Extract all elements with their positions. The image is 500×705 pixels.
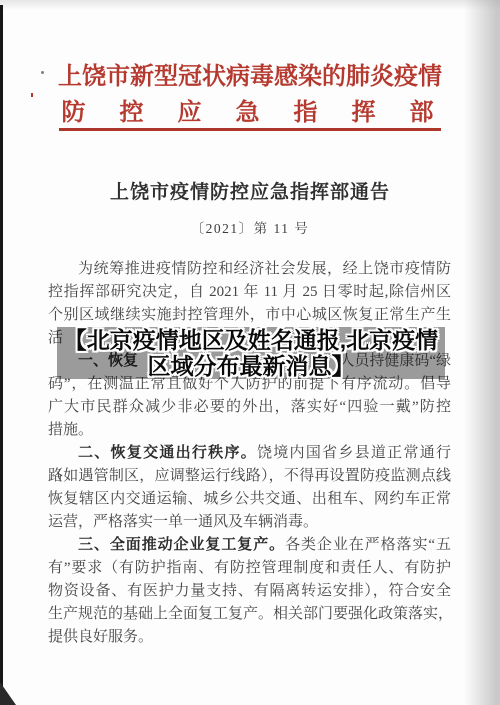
caption-overlay-line-1: 【北京疫情地区及姓名通报,北京疫情 bbox=[64, 327, 438, 353]
letterhead-line-1: 上饶市新型冠状病毒感染的肺炎疫情 bbox=[0, 56, 500, 91]
caption-overlay-banner: 【北京疫情地区及姓名通报,北京疫情 区域分布最新消息】 bbox=[57, 327, 445, 379]
letterhead-line-2: 防 控 应 急 指 挥 部 bbox=[0, 92, 500, 127]
doc-line: 广大市民群众减少非必要的外出，落实好“四验一戴”防控 bbox=[48, 396, 451, 419]
doc-line: 为统筹推进疫情防控和经济社会发展，经上饶市疫情防 bbox=[48, 258, 451, 281]
notice-body: 为统筹推进疫情防控和经济社会发展，经上饶市疫情防 控指挥部研究决定，自 2021… bbox=[48, 258, 451, 649]
doc-line-text: 各类企业在严格落实“五 bbox=[285, 537, 451, 553]
doc-line: 二、恢复交通出行秩序。饶境内国省乡县道正常通行（线 bbox=[48, 442, 451, 465]
doc-line: 物资设备、有医护力量支持、有隔离转运安排），符合安全 bbox=[48, 580, 451, 603]
scan-speck bbox=[41, 71, 44, 74]
scan-speck bbox=[31, 93, 33, 97]
doc-line: 恢复辖区内交通运输、城乡公共交通、出租车、网约车正常 bbox=[48, 488, 451, 511]
page-top-shadow bbox=[0, 0, 500, 10]
section-2-heading: 二、恢复交通出行秩序。 bbox=[78, 445, 257, 461]
doc-line: 有”要求（有防护指南、有防控管理制度和责任人、有防护 bbox=[48, 557, 451, 580]
doc-line: 个别区域继续实施封控管理外，市中心城区恢复正常生产生 bbox=[48, 304, 451, 327]
section-3-heading: 三、全面推动企业复工复产。 bbox=[78, 537, 285, 553]
notice-title: 上饶市疫情防控应急指挥部通告 bbox=[0, 177, 500, 204]
scan-left-edge bbox=[0, 5, 3, 705]
scanned-notice-page: 上饶市新型冠状病毒感染的肺炎疫情 防 控 应 急 指 挥 部 上饶市疫情防控应急… bbox=[0, 0, 500, 705]
letterhead-divider-rule bbox=[59, 128, 441, 131]
scan-right-shadow bbox=[464, 0, 500, 705]
doc-line: 三、全面推动企业复工复产。各类企业在严格落实“五 bbox=[48, 534, 451, 557]
doc-line: 生产规范的基础上全面复工复产。相关部门要强化政策落实， bbox=[48, 603, 451, 626]
document-number: 〔2021〕第 11 号 bbox=[0, 217, 500, 237]
doc-line: 路如遇管制区，应调整运行线路），不得再设置防疫监测点。 bbox=[48, 465, 451, 488]
scan-bottom-left-corner bbox=[0, 682, 16, 705]
doc-line: 运营，严格落实一单一通风及车辆消毒。 bbox=[48, 511, 451, 534]
doc-line: 控指挥部研究决定，自 2021 年 11 月 25 日零时起,除信州区 bbox=[48, 281, 451, 304]
doc-line: 措施。 bbox=[48, 419, 451, 442]
caption-overlay-line-2: 区域分布最新消息】 bbox=[148, 353, 355, 379]
doc-line: 提供良好服务。 bbox=[48, 626, 451, 649]
